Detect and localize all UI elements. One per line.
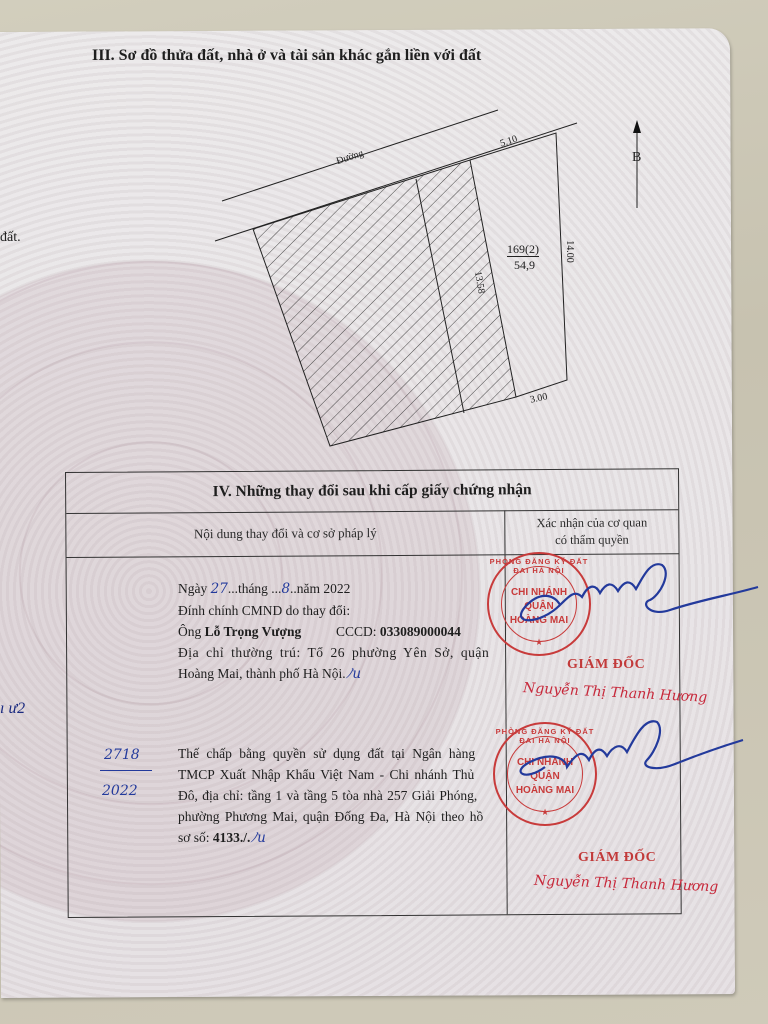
margin-register-number: 2718 — [104, 747, 140, 763]
parcel-area: 54,9 — [514, 258, 535, 273]
section4-title: IV. Những thay đổi sau khi cấp giấy chứn… — [66, 469, 678, 514]
file-number: 4133./. — [213, 830, 251, 845]
signer-role-2: GIÁM ĐỐC — [578, 850, 656, 866]
right-length-label: 14.00 — [564, 240, 575, 263]
north-arrow-head-icon — [633, 120, 641, 133]
signature-2 — [505, 712, 745, 792]
north-label: B — [632, 150, 641, 166]
col-changes-header: Nội dung thay đổi và cơ sở pháp lý — [66, 510, 505, 557]
entry-1-date: Ngày 27...tháng ...8..năm 2022 — [178, 578, 489, 600]
entry-1-text: Ngày 27...tháng ...8..năm 2022 Đính chín… — [178, 578, 489, 685]
entry-2-text: Thế chấp bằng quyền sử dụng đất tại Ngân… — [178, 743, 483, 849]
signature-1 — [500, 555, 760, 635]
margin-register-year: 2022 — [102, 783, 138, 799]
table-header-row: Nội dung thay đổi và cơ sở pháp lý Xác n… — [66, 509, 678, 558]
entry-1-person: Ông Lỗ Trọng Vượng CCCD: 033089000044 — [178, 621, 489, 642]
signer-role-1: GIÁM ĐỐC — [567, 657, 645, 673]
margin-divider — [100, 770, 152, 771]
land-plot-diagram — [0, 0, 768, 470]
parcel-number: 169(2) — [507, 242, 539, 257]
left-margin-handwriting: ı ư2 — [0, 700, 25, 718]
building-footprint — [253, 160, 516, 446]
col-confirmation-header: Xác nhận của cơ quan có thẩm quyền — [505, 509, 678, 554]
